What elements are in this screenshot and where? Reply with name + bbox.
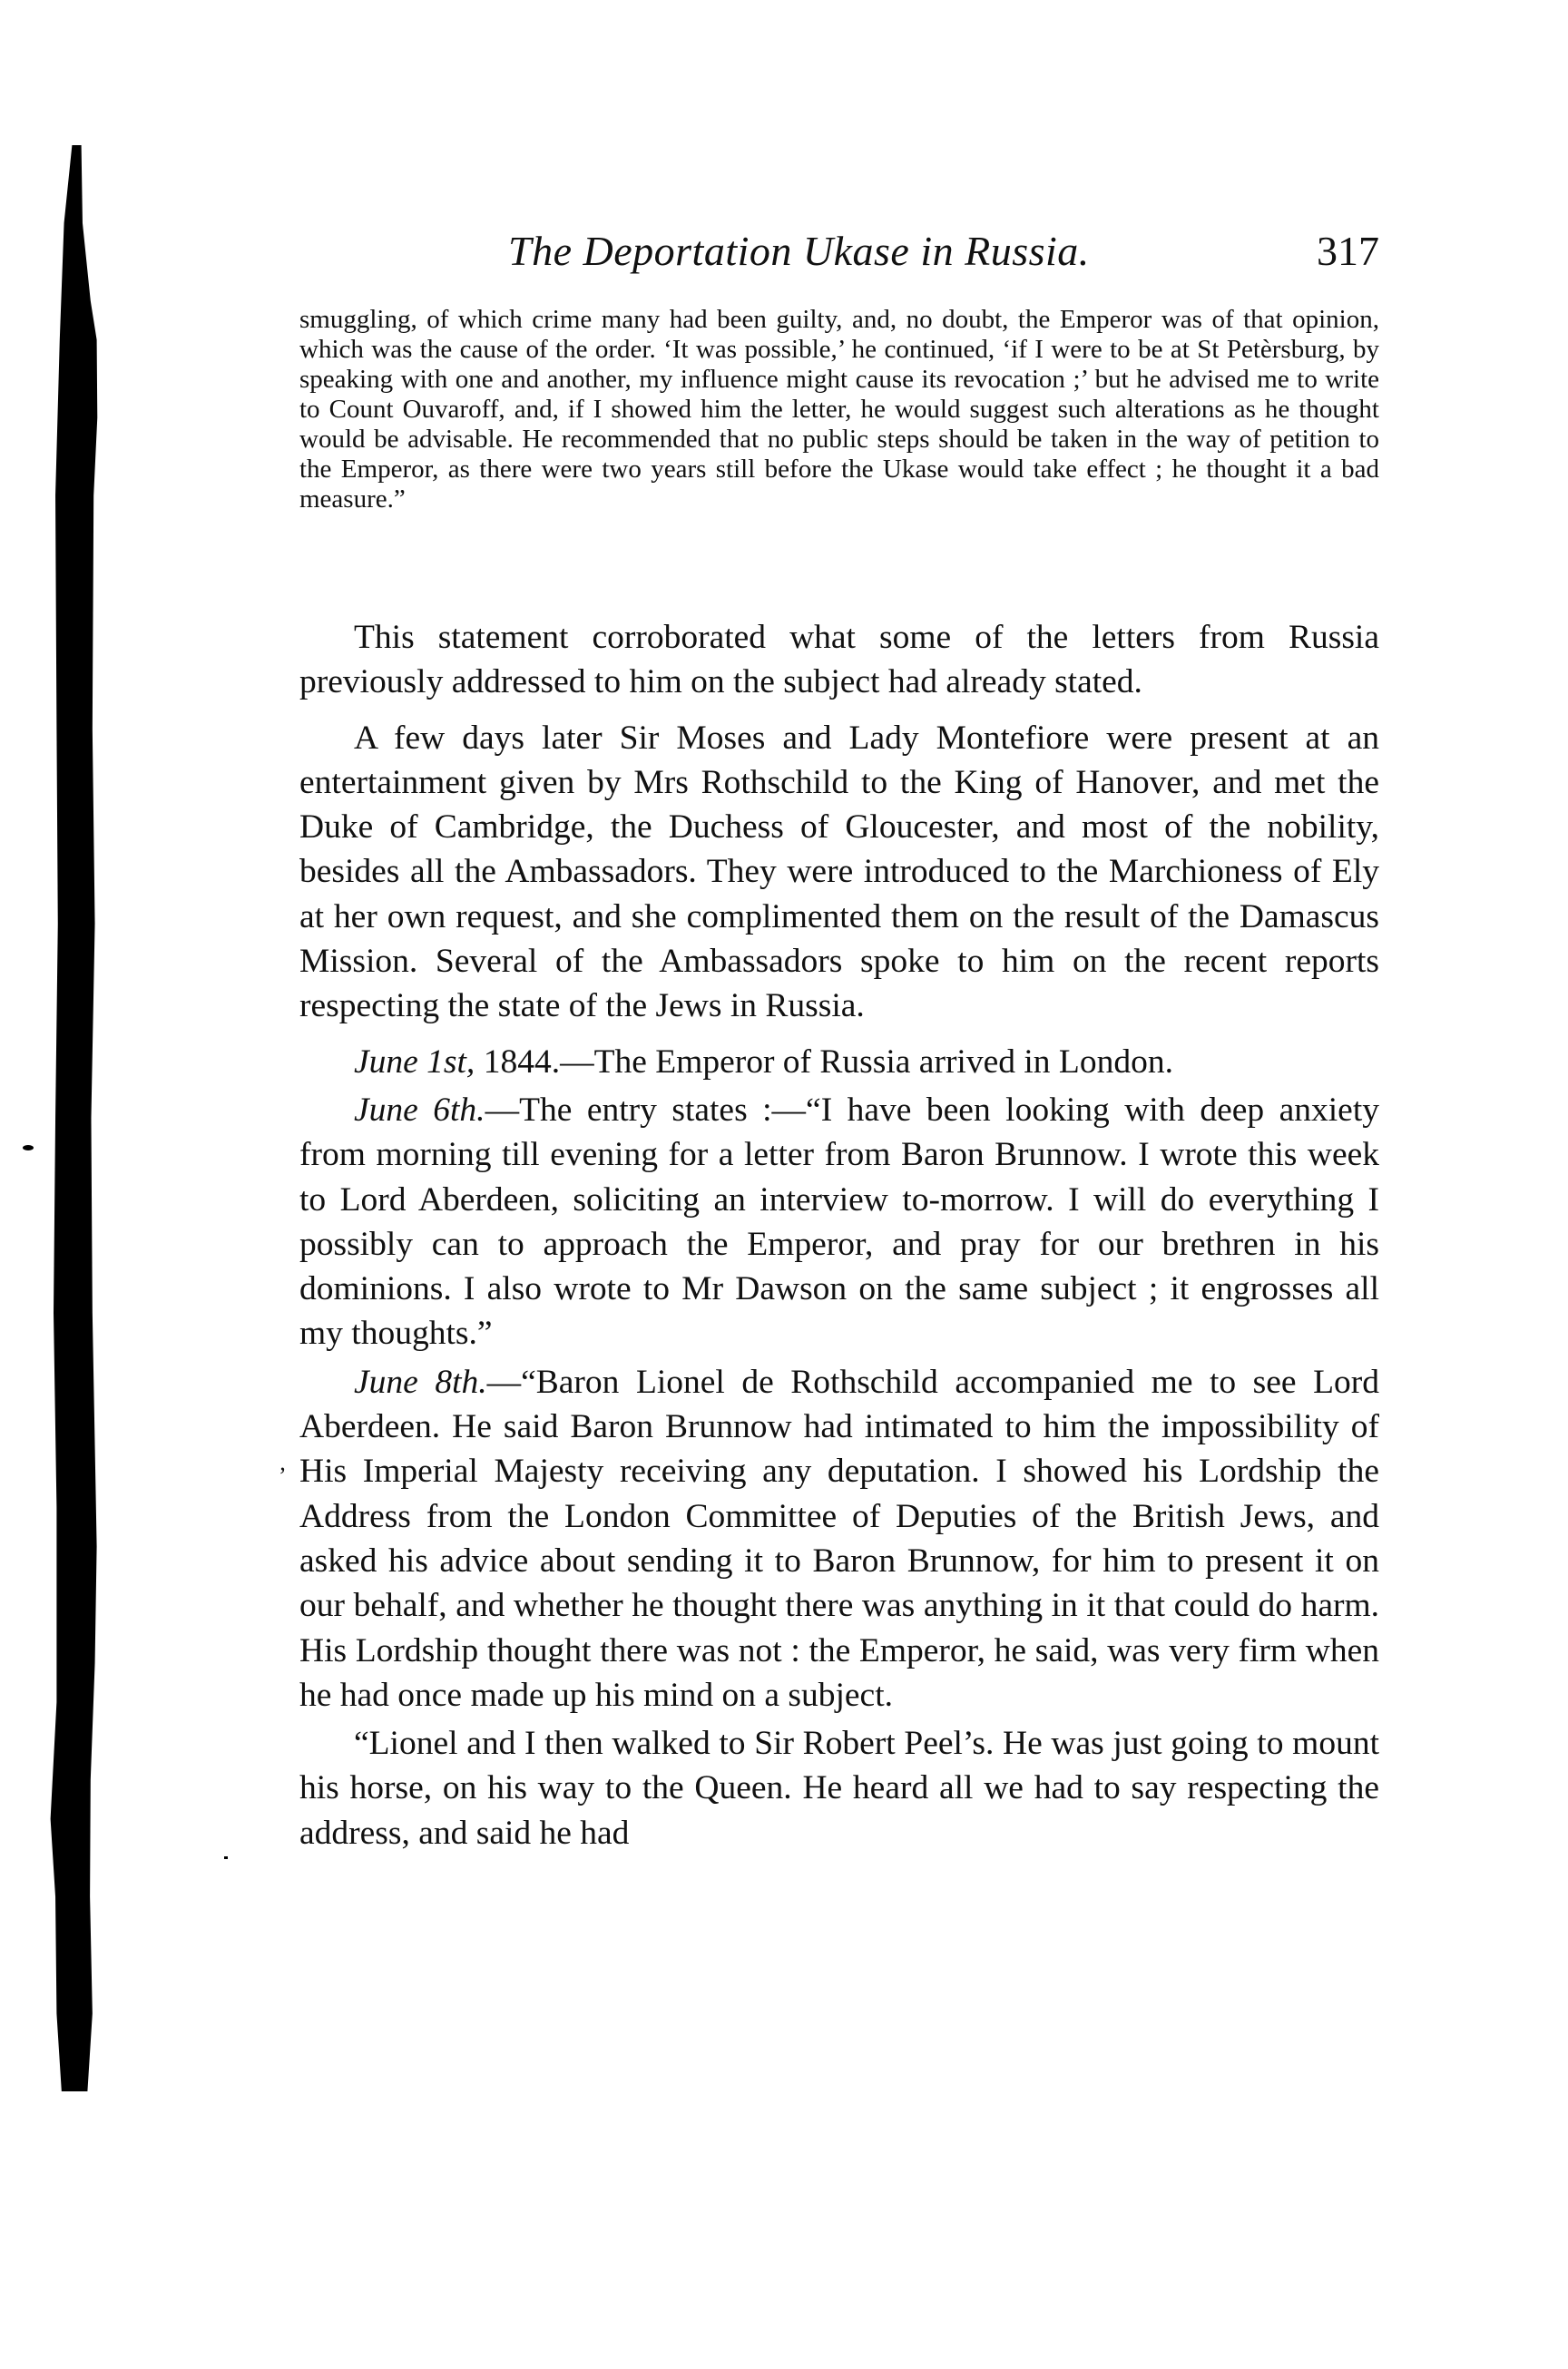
date-lead: June 6th. xyxy=(354,1092,485,1129)
quoted-extract: smuggling, of which crime many had been … xyxy=(299,305,1379,514)
paragraph: June 6th.—The entry states :—“I have bee… xyxy=(299,1088,1379,1356)
paragraph: June 8th.—“Baron Lionel de Rothschild ac… xyxy=(299,1360,1379,1718)
paragraph-text: “Lionel and I then walked to Sir Robert … xyxy=(299,1725,1379,1852)
date-lead: June 8th. xyxy=(354,1364,487,1401)
paragraph-text: 1844.—The Emperor of Russia arrived in L… xyxy=(475,1043,1173,1081)
paragraph-text: This statement corroborated what some of… xyxy=(299,619,1379,700)
page-number: 317 xyxy=(1317,227,1379,275)
margin-dot xyxy=(224,1856,228,1859)
paragraph-text: A few days later Sir Moses and Lady Mont… xyxy=(299,720,1379,1025)
paragraph: “Lionel and I then walked to Sir Robert … xyxy=(299,1721,1379,1855)
scanned-binding-shadow xyxy=(38,145,100,2091)
paragraph: June 1st, 1844.—The Emperor of Russia ar… xyxy=(299,1040,1379,1084)
margin-tick-mark: ’ xyxy=(279,1463,287,1490)
scan-speck xyxy=(23,1145,34,1150)
paragraph: A few days later Sir Moses and Lady Mont… xyxy=(299,716,1379,1029)
paragraph: This statement corroborated what some of… xyxy=(299,615,1379,705)
body-text: This statement corroborated what some of… xyxy=(299,615,1379,1866)
running-head: The Deportation Ukase in Russia. 317 xyxy=(299,227,1379,281)
paragraph-text: —“Baron Lionel de Rothschild accompanied… xyxy=(299,1364,1379,1714)
paragraph-text: —The entry states :—“I have been looking… xyxy=(299,1092,1379,1352)
running-title: The Deportation Ukase in Russia. xyxy=(508,227,1090,275)
date-lead: June 1st, xyxy=(354,1043,475,1081)
